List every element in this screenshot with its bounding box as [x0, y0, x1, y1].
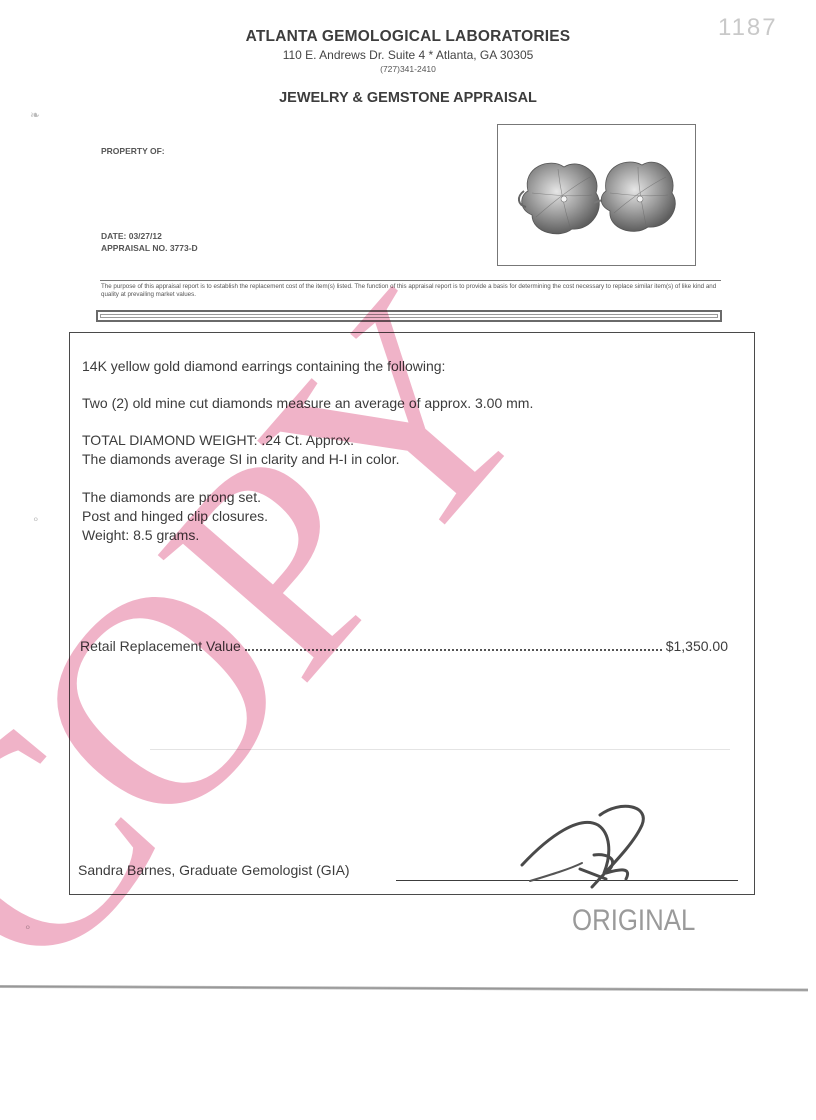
- scan-edge-line: [0, 985, 808, 992]
- original-stamp: ORIGINAL: [572, 904, 695, 938]
- retail-replacement-value-row: Retail Replacement Value $1,350.00: [80, 638, 728, 654]
- description-line: Weight: 8.5 grams.: [82, 527, 199, 543]
- dot-leader: [245, 649, 662, 651]
- description-line: Two (2) old mine cut diamonds measure an…: [82, 395, 533, 411]
- faint-scan-line: [150, 749, 730, 750]
- lab-phone: (727)341-2410: [0, 64, 816, 74]
- date-field: DATE: 03/27/12: [101, 231, 162, 241]
- lab-name: ATLANTA GEMOLOGICAL LABORATORIES: [0, 28, 816, 46]
- description-line: TOTAL DIAMOND WEIGHT: .24 Ct. Approx.: [82, 432, 354, 448]
- date-label: DATE:: [101, 231, 126, 241]
- property-of-label: PROPERTY OF:: [101, 146, 165, 156]
- scan-artifact-mark: ∘: [32, 512, 40, 526]
- purpose-statement: The purpose of this appraisal report is …: [101, 283, 721, 299]
- description-line: The diamonds are prong set.: [82, 489, 261, 505]
- value-amount: $1,350.00: [666, 638, 728, 654]
- earrings-photo: [497, 124, 696, 266]
- lab-address: 110 E. Andrews Dr. Suite 4 * Atlanta, GA…: [0, 48, 816, 62]
- scan-artifact-mark: ∘: [24, 920, 32, 934]
- description-line: 14K yellow gold diamond earrings contain…: [82, 358, 445, 374]
- property-of-label-text: PROPERTY OF:: [101, 146, 165, 156]
- signer-name: Sandra Barnes, Graduate Gemologist (GIA): [78, 862, 350, 878]
- appraisal-document: 1187 ❧ ∘ ∘ ATLANTA GEMOLOGICAL LABORATOR…: [0, 0, 816, 1120]
- description-line: Post and hinged clip closures.: [82, 508, 268, 524]
- earrings-photo-icon: [498, 125, 695, 265]
- appraisal-number-label: APPRAISAL NO.: [101, 243, 167, 253]
- handwritten-signature-icon: [510, 795, 670, 895]
- document-title: JEWELRY & GEMSTONE APPRAISAL: [0, 90, 816, 106]
- header-divider: [100, 280, 721, 281]
- value-label: Retail Replacement Value: [80, 638, 241, 654]
- section-divider-bar: [96, 310, 722, 322]
- appraisal-number-value: 3773-D: [170, 243, 198, 253]
- date-value: 03/27/12: [129, 231, 162, 241]
- scan-artifact-mark: ❧: [30, 108, 40, 122]
- appraisal-number-field: APPRAISAL NO. 3773-D: [101, 243, 198, 253]
- description-line: The diamonds average SI in clarity and H…: [82, 451, 400, 467]
